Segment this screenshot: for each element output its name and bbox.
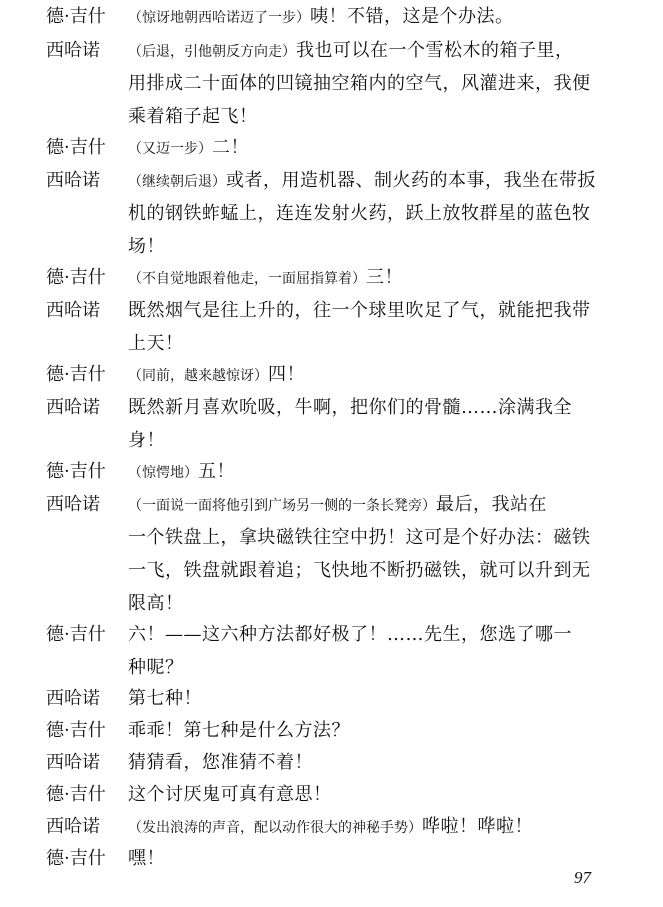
spoken-text: 乘着箱子起飞！ — [128, 106, 258, 127]
spoken-text: 咦！不错，这是个办法。 — [310, 6, 514, 27]
page-number: 97 — [574, 868, 591, 888]
spoken-text: 既然新月喜欢吮吸，牛啊，把你们的骨髓……涂满我全 — [128, 397, 572, 418]
stage-direction: （一面说一面将他引到广场另一侧的一条长凳旁） — [128, 498, 436, 514]
script-line: 身！ — [0, 426, 663, 456]
dialogue-text: 乖乖！第七种是什么方法？ — [128, 716, 350, 747]
script-line: 一个铁盘上，拿块磁铁往空中扔！这可是个好办法：磁铁 — [0, 523, 663, 553]
dialogue-text: 六！——这六种方法都好极了！……先生，您选了哪一 — [128, 620, 572, 651]
dialogue-text: 限高！ — [128, 589, 184, 620]
dialogue-text: 嘿！ — [128, 844, 165, 875]
speaker-name: 西哈诺 — [46, 812, 100, 842]
script-line: 上天！ — [0, 329, 663, 359]
script-line: 德·吉什 这个讨厌鬼可真有意思！ — [0, 780, 663, 810]
speaker-name: 西哈诺 — [46, 490, 100, 520]
script-line: 西哈诺（后退，引他朝反方向走）我也可以在一个雪松木的箱子里， — [0, 36, 663, 66]
spoken-text: 四！ — [268, 364, 305, 385]
script-line: 一飞，铁盘就跟着追；飞快地不断扔磁铁，就可以升到无 — [0, 556, 663, 586]
spoken-text: 猜猜看，您准猜不着！ — [128, 752, 313, 773]
script-line: 乘着箱子起飞！ — [0, 102, 663, 132]
script-line: 德·吉什（不自觉地跟着他走，一面屈指算着）三！ — [0, 263, 663, 293]
spoken-text: 机的钢铁蚱蜢上，连连发射火药，跃上放牧群星的蓝色牧 — [128, 203, 591, 224]
script-line: 西哈诺（发出浪涛的声音，配以动作很大的神秘手势）哗啦！哗啦！ — [0, 812, 663, 842]
spoken-text: 一飞，铁盘就跟着追；飞快地不断扔磁铁，就可以升到无 — [128, 560, 591, 581]
speaker-name: 西哈诺 — [46, 684, 100, 714]
speaker-name: 西哈诺 — [46, 36, 100, 66]
speaker-name: 西哈诺 — [46, 748, 100, 778]
dialogue-text: 猜猜看，您准猜不着！ — [128, 748, 313, 779]
dialogue-text: （后退，引他朝反方向走）我也可以在一个雪松木的箱子里， — [128, 36, 574, 67]
spoken-text: 这个讨厌鬼可真有意思！ — [128, 784, 332, 805]
dialogue-text: 乘着箱子起飞！ — [128, 102, 258, 133]
script-line: 场！ — [0, 232, 663, 262]
dialogue-text: 机的钢铁蚱蜢上，连连发射火药，跃上放牧群星的蓝色牧 — [128, 199, 591, 230]
speaker-name: 德·吉什 — [46, 2, 106, 32]
dialogue-text: （发出浪涛的声音，配以动作很大的神秘手势）哗啦！哗啦！ — [128, 812, 533, 843]
script-line: 德·吉什（惊愕地）五！ — [0, 457, 663, 487]
script-line: 德·吉什（惊讶地朝西哈诺迈了一步）咦！不错，这是个办法。 — [0, 2, 663, 32]
speaker-name: 德·吉什 — [46, 620, 106, 650]
script-line: 德·吉什 嘿！ — [0, 844, 663, 874]
script-line: 德·吉什 乖乖！第七种是什么方法？ — [0, 716, 663, 746]
script-line: 西哈诺（继续朝后退）或者，用造机器、制火药的本事，我坐在带扳 — [0, 166, 663, 196]
speaker-name: 西哈诺 — [46, 166, 100, 196]
spoken-text: 我也可以在一个雪松木的箱子里， — [296, 40, 574, 61]
stage-direction: （发出浪涛的声音，配以动作很大的神秘手势） — [128, 820, 422, 836]
dialogue-text: 既然新月喜欢吮吸，牛啊，把你们的骨髓……涂满我全 — [128, 393, 572, 424]
spoken-text: 或者，用造机器、制火药的本事，我坐在带扳 — [226, 170, 596, 191]
spoken-text: 身！ — [128, 430, 165, 451]
dialogue-text: 用排成二十面体的凹镜抽空箱内的空气，风灌进来，我便 — [128, 69, 591, 100]
spoken-text: 用排成二十面体的凹镜抽空箱内的空气，风灌进来，我便 — [128, 73, 591, 94]
dialogue-text: 第七种！ — [128, 684, 202, 715]
dialogue-text: 一飞，铁盘就跟着追；飞快地不断扔磁铁，就可以升到无 — [128, 556, 591, 587]
speaker-name: 德·吉什 — [46, 133, 106, 163]
spoken-text: 第七种！ — [128, 688, 202, 709]
spoken-text: 限高！ — [128, 593, 184, 614]
speaker-name: 德·吉什 — [46, 716, 106, 746]
spoken-text: 既然烟气是往上升的，往一个球里吹足了气，就能把我带 — [128, 300, 591, 321]
dialogue-text: 身！ — [128, 426, 165, 457]
stage-direction: （不自觉地跟着他走，一面屈指算着） — [128, 271, 366, 287]
dialogue-text: （同前，越来越惊讶）四！ — [128, 360, 305, 391]
script-line: 德·吉什（同前，越来越惊讶）四！ — [0, 360, 663, 390]
dialogue-text: （一面说一面将他引到广场另一侧的一条长凳旁）最后，我站在 — [128, 490, 547, 521]
speaker-name: 西哈诺 — [46, 296, 100, 326]
stage-direction: （又迈一步） — [128, 141, 212, 157]
dialogue-text: 这个讨厌鬼可真有意思！ — [128, 780, 332, 811]
spoken-text: 乖乖！第七种是什么方法？ — [128, 720, 350, 741]
stage-direction: （同前，越来越惊讶） — [128, 368, 268, 384]
script-line: 西哈诺既然烟气是往上升的，往一个球里吹足了气，就能把我带 — [0, 296, 663, 326]
dialogue-text: （惊讶地朝西哈诺迈了一步）咦！不错，这是个办法。 — [128, 2, 514, 33]
spoken-text: 二！ — [212, 137, 249, 158]
stage-direction: （继续朝后退） — [128, 174, 226, 190]
dialogue-text: 一个铁盘上，拿块磁铁往空中扔！这可是个好办法：磁铁 — [128, 523, 591, 554]
spoken-text: 种呢？ — [128, 657, 184, 678]
script-line: 用排成二十面体的凹镜抽空箱内的空气，风灌进来，我便 — [0, 69, 663, 99]
script-line: 德·吉什（又迈一步）二！ — [0, 133, 663, 163]
script-line: 种呢？ — [0, 653, 663, 683]
script-line: 机的钢铁蚱蜢上，连连发射火药，跃上放牧群星的蓝色牧 — [0, 199, 663, 229]
dialogue-text: （继续朝后退）或者，用造机器、制火药的本事，我坐在带扳 — [128, 166, 596, 197]
speaker-name: 德·吉什 — [46, 780, 106, 810]
book-page: 德·吉什（惊讶地朝西哈诺迈了一步）咦！不错，这是个办法。西哈诺（后退，引他朝反方… — [0, 0, 663, 907]
dialogue-text: （不自觉地跟着他走，一面屈指算着）三！ — [128, 263, 403, 294]
dialogue-text: （惊愕地）五！ — [128, 457, 235, 488]
speaker-name: 德·吉什 — [46, 844, 106, 874]
script-line: 西哈诺既然新月喜欢吮吸，牛啊，把你们的骨髓……涂满我全 — [0, 393, 663, 423]
stage-direction: （惊愕地） — [128, 465, 198, 481]
spoken-text: 场！ — [128, 236, 165, 257]
spoken-text: 最后，我站在 — [436, 494, 547, 515]
spoken-text: 一个铁盘上，拿块磁铁往空中扔！这可是个好办法：磁铁 — [128, 527, 591, 548]
speaker-name: 德·吉什 — [46, 360, 106, 390]
spoken-text: 六！——这六种方法都好极了！……先生，您选了哪一 — [128, 624, 572, 645]
dialogue-text: （又迈一步）二！ — [128, 133, 249, 164]
spoken-text: 五！ — [198, 461, 235, 482]
spoken-text: 三！ — [366, 267, 403, 288]
spoken-text: 上天！ — [128, 333, 184, 354]
speaker-name: 西哈诺 — [46, 393, 100, 423]
dialogue-text: 种呢？ — [128, 653, 184, 684]
script-line: 西哈诺第七种！ — [0, 684, 663, 714]
stage-direction: （后退，引他朝反方向走） — [128, 44, 296, 60]
spoken-text: 哗啦！哗啦！ — [422, 816, 533, 837]
dialogue-text: 既然烟气是往上升的，往一个球里吹足了气，就能把我带 — [128, 296, 591, 327]
script-line: 限高！ — [0, 589, 663, 619]
script-line: 德·吉什 六！——这六种方法都好极了！……先生，您选了哪一 — [0, 620, 663, 650]
stage-direction: （惊讶地朝西哈诺迈了一步） — [128, 10, 310, 26]
dialogue-text: 场！ — [128, 232, 165, 263]
dialogue-text: 上天！ — [128, 329, 184, 360]
speaker-name: 德·吉什 — [46, 263, 106, 293]
script-line: 西哈诺（一面说一面将他引到广场另一侧的一条长凳旁）最后，我站在 — [0, 490, 663, 520]
script-line: 西哈诺猜猜看，您准猜不着！ — [0, 748, 663, 778]
speaker-name: 德·吉什 — [46, 457, 106, 487]
spoken-text: 嘿！ — [128, 848, 165, 869]
